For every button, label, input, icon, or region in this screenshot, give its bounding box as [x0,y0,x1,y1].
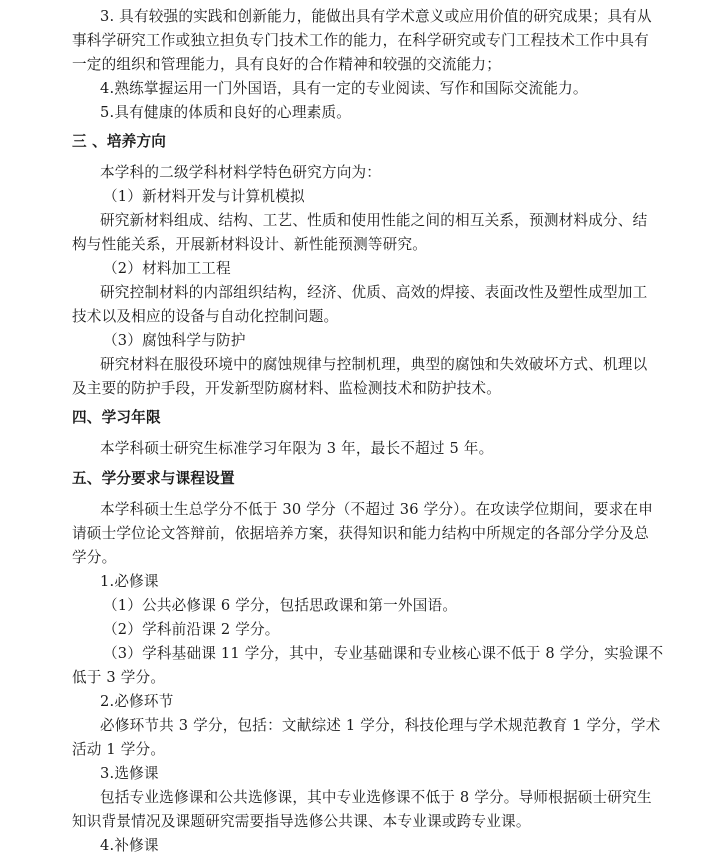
required-item-1: （1）公共必修课 6 学分，包括思政课和第一外国语。 [103,597,457,615]
objective-3-line-3: 一定的组织和管理能力，具有良好的合作精神和较强的交流能力； [72,56,501,74]
section-5-intro-1: 本学科硕士生总学分不低于 30 学分（不超过 36 学分）。在攻读学位期间，要求… [100,501,653,519]
direction-3-desc-2: 及主要的防护手段，开发新型防腐材料、监检测技术和防护技术。 [72,380,501,398]
elective-text-1: 包括专业选修课和公共选修课，其中专业选修课不低于 8 学分。导师根据硕士研究生 [100,789,652,807]
objective-3-line-1: 3. 具有较强的实践和创新能力，能做出具有学术意义或应用价值的研究成果；具有从 [100,8,652,26]
section-5-heading: 五、学分要求与课程设置 [72,470,235,488]
required-item-3-cont: 低于 3 学分。 [72,669,165,687]
objective-5: 5.具有健康的体质和良好的心理素质。 [100,104,351,122]
direction-3-title: （3）腐蚀科学与防护 [103,332,246,350]
required-item-2: （2）学科前沿课 2 学分。 [103,621,280,639]
required-links-text-1: 必修环节共 3 学分，包括：文献综述 1 学分，科技伦理与学术规范教育 1 学分… [100,717,660,735]
required-links-title: 2.必修环节 [100,693,174,711]
elective-title: 3.选修课 [100,765,159,783]
direction-1-title: （1）新材料开发与计算机模拟 [103,188,305,206]
section-5-intro-3: 学分。 [72,549,116,567]
direction-3-desc-1: 研究材料在服役环境中的腐蚀规律与控制机理，典型的腐蚀和失效破坏方式、机理以 [100,356,647,374]
direction-1-desc-1: 研究新材料组成、结构、工艺、性质和使用性能之间的相互关系，预测材料成分、结 [100,212,647,230]
section-5-intro-2: 请硕士学位论文答辩前，依据培养方案，获得知识和能力结构中所规定的各部分学分及总 [72,525,649,543]
elective-text-2: 知识背景情况及课题研究需要指导选修公共课、本专业课或跨专业课。 [72,813,531,831]
section-4-heading: 四、学习年限 [72,409,161,427]
objective-3-line-2: 事科学研究工作或独立担负专门技术工作的能力，在科学研究或专门工程技术工作中具有 [72,32,649,50]
objective-4: 4.熟练掌握运用一门外国语，具有一定的专业阅读、写作和国际交流能力。 [100,80,588,98]
direction-2-desc-2: 技术以及相应的设备与自动化控制问题。 [72,308,338,326]
section-3-heading: 三 、培养方向 [72,133,166,151]
direction-2-title: （2）材料加工工程 [103,260,231,278]
section-4-text: 本学科硕士研究生标准学习年限为 3 年，最长不超过 5 年。 [100,440,493,458]
section-3-intro: 本学科的二级学科材料学特色研究方向为： [100,164,381,182]
required-courses-title: 1.必修课 [100,573,159,591]
required-links-text-2: 活动 1 学分。 [72,741,165,759]
remedial-title: 4.补修课 [100,837,159,855]
direction-2-desc-1: 研究控制材料的内部组织结构，经济、优质、高效的焊接、表面改性及塑性成型加工 [100,284,647,302]
required-item-3: （3）学科基础课 11 学分，其中，专业基础课和专业核心课不低于 8 学分，实验… [103,645,663,663]
direction-1-desc-2: 构与性能关系，开展新材料设计、新性能预测等研究。 [72,236,427,254]
